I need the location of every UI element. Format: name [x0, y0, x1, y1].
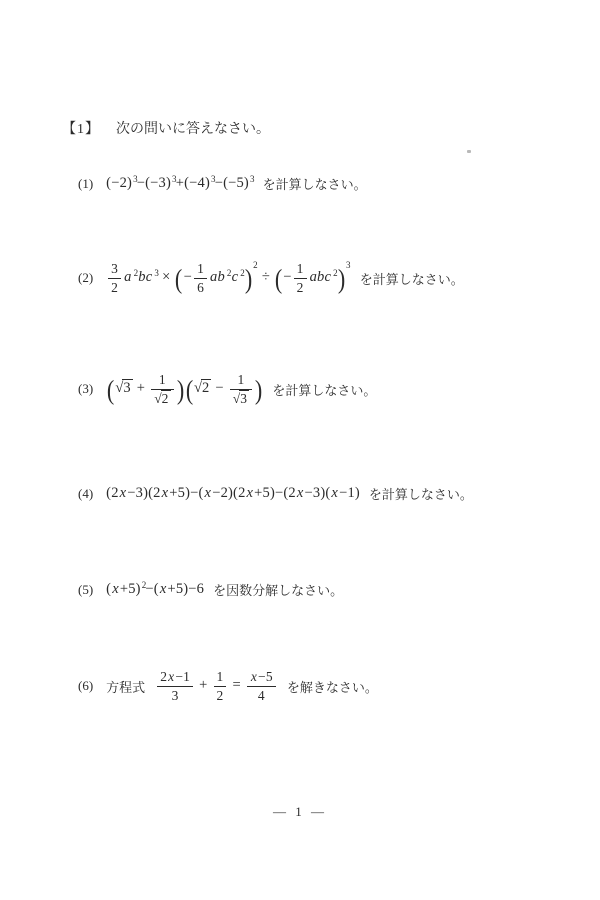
problem-suffix: を解きなさい。 — [287, 677, 378, 696]
right-paren: ) — [245, 266, 253, 293]
scan-artifact-speck — [467, 150, 471, 153]
problem-5: (5) (x+5)2−(x+5)−6 を因数分解しなさい。 — [78, 580, 343, 599]
problem-number: (4) — [78, 486, 93, 502]
section-instruction: 次の問いに答えなさい。 — [116, 122, 270, 137]
radical-sign: √ — [194, 380, 201, 396]
math-expression: (x+5)2−(x+5)−6 — [106, 581, 204, 598]
sqrt-expression: √3 — [233, 390, 249, 406]
sqrt-expression: √2 — [194, 379, 211, 396]
section-title: 【1】次の問いに答えなさい。 — [62, 118, 270, 138]
problem-suffix: を計算しなさい。 — [369, 484, 473, 503]
math-expression: 2x−13+12=x−54 — [155, 669, 278, 703]
document-page: 【1】次の問いに答えなさい。 (1) (−2)3−(−3)3+(−4)3−(−5… — [0, 0, 600, 900]
problem-number: (5) — [78, 582, 93, 598]
left-paren: ( — [175, 266, 183, 293]
sqrt-expression: √2 — [154, 390, 170, 406]
left-paren: ( — [275, 266, 283, 293]
problem-6: (6) 方程式 2x−13+12=x−54 を解きなさい。 — [78, 669, 378, 703]
right-paren: ) — [338, 266, 346, 293]
math-expression: (−2)3−(−3)3+(−4)3−(−5)3 — [106, 175, 254, 192]
right-paren: ) — [255, 377, 263, 404]
math-expression: (2x−3)(2x+5)−(x−2)(2x+5)−(2x−3)(x−1) — [106, 485, 360, 502]
math-expression: (√3+1√2)(√2−1√3) — [106, 372, 263, 406]
sqrt-expression: √3 — [115, 379, 132, 396]
problem-suffix: を計算しなさい。 — [263, 174, 367, 193]
problem-prefix: 方程式 — [106, 677, 145, 696]
radical-sign: √ — [154, 391, 160, 406]
problem-suffix: を計算しなさい。 — [272, 380, 376, 399]
problem-2: (2) 32a2bc3×(−16ab2c2)2÷(−12abc2)3 を計算しな… — [78, 261, 464, 295]
section-number: 【1】 — [62, 122, 100, 137]
problem-number: (1) — [78, 176, 93, 192]
problem-4: (4) (2x−3)(2x+5)−(x−2)(2x+5)−(2x−3)(x−1)… — [78, 484, 473, 503]
problem-number: (6) — [78, 678, 93, 694]
math-expression: 32a2bc3×(−16ab2c2)2÷(−12abc2)3 — [106, 261, 351, 295]
right-paren: ) — [176, 377, 184, 404]
problem-1: (1) (−2)3−(−3)3+(−4)3−(−5)3 を計算しなさい。 — [78, 174, 367, 193]
problem-number: (3) — [78, 381, 93, 397]
left-paren: ( — [107, 377, 115, 404]
problem-number: (2) — [78, 270, 93, 286]
problem-suffix: を因数分解しなさい。 — [213, 580, 343, 599]
page-number: — 1 — — [0, 804, 600, 820]
problem-3: (3) (√3+1√2)(√2−1√3) を計算しなさい。 — [78, 372, 376, 406]
problem-suffix: を計算しなさい。 — [360, 269, 464, 288]
left-paren: ( — [186, 377, 194, 404]
